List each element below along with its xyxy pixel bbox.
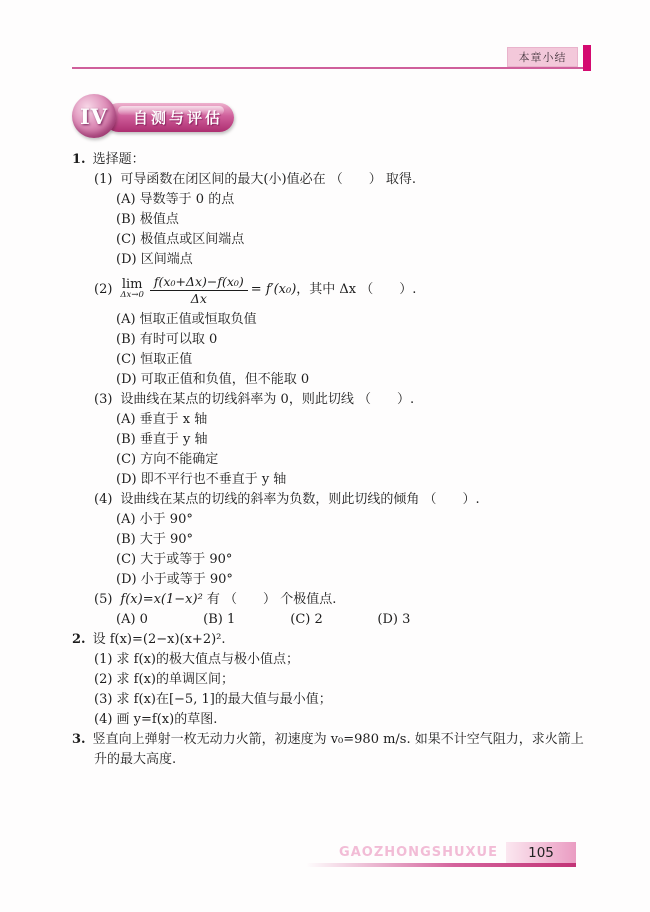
option-line: (C) 方向不能确定: [72, 450, 588, 470]
inline-option-row: (A) 0 (B) 1 (C) 2 (D) 3: [72, 610, 588, 630]
option-inline: (C) 2: [290, 610, 373, 630]
question-1-1: (1)可导函数在闭区间的最大(小)值必在 （ ） 取得.: [72, 170, 588, 190]
question-title: 选择题：: [93, 152, 145, 167]
section-title: 自测与评估: [133, 107, 223, 128]
limit-operator: lim Δx→0: [120, 279, 143, 301]
option-line: (B) 极值点: [72, 210, 588, 230]
fraction: f(x₀+Δx)−f(x₀) Δx: [150, 274, 248, 306]
question-3: 3.竖直向上弹射一枚无动力火箭，初速度为 v₀=980 m/s. 如果不计空气阻…: [72, 730, 588, 770]
question-number: 3.: [72, 732, 86, 747]
chapter-label: 本章小结: [507, 47, 578, 67]
section-numeral: IV: [80, 104, 108, 129]
option-inline: (B) 1: [203, 610, 286, 630]
option-line: (B) 大于 90°: [72, 530, 588, 550]
question-1-2: (2) lim Δx→0 f(x₀+Δx)−f(x₀) Δx = f′(x₀) …: [72, 270, 588, 310]
page-number: 105: [528, 845, 554, 861]
option-line: (D) 小于或等于 90°: [72, 570, 588, 590]
section-numeral-badge: IV: [72, 94, 116, 138]
page-footer: GAOZHONGSHUXUE 105: [306, 842, 576, 867]
option-line: (B) 有时可以取 0: [72, 330, 588, 350]
section-title-banner: 自测与评估: [104, 103, 234, 132]
book-watermark: GAOZHONGSHUXUE: [339, 845, 498, 860]
option-line: (A) 垂直于 x 轴: [72, 410, 588, 430]
option-line: (A) 导数等于 0 的点: [72, 190, 588, 210]
option-line: (A) 小于 90°: [72, 510, 588, 530]
question-number: 2.: [72, 632, 86, 647]
question-1-3: (3)设曲线在某点的切线斜率为 0，则此切线 （ ）.: [72, 390, 588, 410]
chapter-label-text: 本章小结: [519, 49, 567, 65]
question-2-part: (3) 求 f(x)在[−5, 1]的最大值与最小值；: [72, 690, 588, 710]
question-2-part: (1) 求 f(x)的极大值点与极小值点；: [72, 650, 588, 670]
question-text: 竖直向上弹射一枚无动力火箭，初速度为 v₀=980 m/s. 如果不计空气阻力，…: [93, 732, 584, 767]
textbook-page: 本章小结 IV 自测与评估 1.选择题： (1)可导函数在闭区间的最大(小)值必…: [0, 0, 650, 912]
exercise-content: 1.选择题： (1)可导函数在闭区间的最大(小)值必在 （ ） 取得. (A) …: [72, 150, 588, 770]
option-inline: (D) 3: [377, 610, 460, 630]
chapter-accent-bar: [583, 45, 591, 71]
question-1-5: (5)f(x)=x(1−x)² 有 （ ） 个极值点.: [72, 590, 588, 610]
question-number: 1.: [72, 152, 86, 167]
option-line: (C) 大于或等于 90°: [72, 550, 588, 570]
question-2-part: (4) 画 y=f(x)的草图.: [72, 710, 588, 730]
question-1-4: (4)设曲线在某点的切线的斜率为负数，则此切线的倾角 （ ）.: [72, 490, 588, 510]
option-line: (D) 即不平行也不垂直于 y 轴: [72, 470, 588, 490]
page-number-badge: 105: [506, 842, 576, 863]
option-line: (C) 恒取正值: [72, 350, 588, 370]
question-2-heading: 2.设 f(x)=(2−x)(x+2)².: [72, 630, 588, 650]
option-line: (C) 极值点或区间端点: [72, 230, 588, 250]
question-1-heading: 1.选择题：: [72, 150, 588, 170]
footer-accent-strip: [306, 863, 576, 867]
question-intro: 设 f(x)=(2−x)(x+2)².: [93, 632, 226, 647]
question-2-part: (2) 求 f(x)的单调区间；: [72, 670, 588, 690]
option-line: (A) 恒取正值或恒取负值: [72, 310, 588, 330]
header-rule: [72, 67, 591, 69]
option-inline: (A) 0: [116, 610, 199, 630]
option-line: (D) 区间端点: [72, 250, 588, 270]
option-line: (B) 垂直于 y 轴: [72, 430, 588, 450]
option-line: (D) 可取正值和负值，但不能取 0: [72, 370, 588, 390]
